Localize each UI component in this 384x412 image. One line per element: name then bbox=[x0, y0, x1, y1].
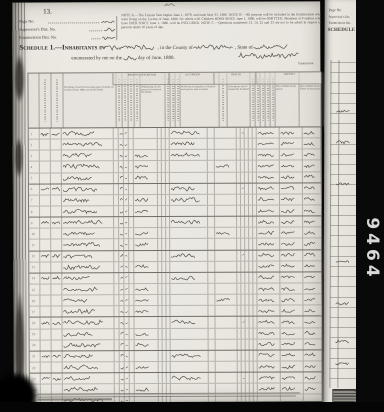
cell-row-number: 10 bbox=[29, 229, 39, 239]
table-header: The Name of each Person whose place of a… bbox=[28, 72, 320, 128]
next-table-line bbox=[330, 246, 357, 247]
cell-row-number: 8 bbox=[29, 207, 39, 217]
cell-relationship bbox=[134, 373, 158, 383]
column-header-vertical-label bbox=[223, 79, 224, 121]
row-number: 7 bbox=[31, 199, 33, 203]
cell-birthplace-father bbox=[279, 306, 302, 316]
cell-family-number bbox=[51, 329, 62, 339]
fill-line bbox=[90, 29, 103, 31]
cell-birthplace-self bbox=[256, 128, 279, 138]
column-header-vertical-label bbox=[262, 79, 263, 121]
cell-birthplace-father bbox=[279, 272, 302, 282]
next-table-line bbox=[330, 348, 357, 349]
cell-sickness bbox=[214, 161, 236, 171]
cell-relationship bbox=[133, 306, 157, 316]
next-page-handwriting bbox=[336, 181, 350, 186]
cell-row-number: 19 bbox=[30, 329, 40, 339]
next-table-line bbox=[330, 62, 357, 63]
cell-sickness bbox=[215, 362, 237, 372]
cell-family-number bbox=[50, 173, 61, 183]
cell bbox=[207, 228, 214, 238]
next-page-handwriting bbox=[336, 301, 350, 306]
cell-occupation bbox=[169, 150, 207, 160]
cell-birthplace-father bbox=[279, 261, 302, 271]
cell-sickness bbox=[215, 351, 237, 361]
cell-dwelling-number bbox=[39, 251, 50, 261]
cell-birthplace-self bbox=[256, 183, 279, 193]
cell-occupation bbox=[169, 262, 207, 272]
cell-occupation bbox=[169, 228, 207, 238]
cell bbox=[207, 128, 214, 138]
cell-sickness bbox=[215, 328, 237, 338]
next-table-line bbox=[330, 174, 357, 175]
cell-birthplace-mother bbox=[302, 161, 321, 171]
cell-row-number: 7 bbox=[29, 195, 39, 205]
cell-name bbox=[62, 318, 114, 328]
cell-dwelling-number bbox=[40, 362, 51, 372]
cell-dwelling-number bbox=[39, 206, 50, 216]
row-number: 2 bbox=[30, 143, 32, 147]
column-header-vertical-label bbox=[131, 79, 132, 121]
census-page: 13. Page No. Supervisor's Dist. No. Enum… bbox=[12, 1, 322, 402]
cell-relationship bbox=[134, 340, 158, 350]
cell-birthplace-self bbox=[257, 339, 280, 349]
cell-relationship bbox=[133, 161, 157, 171]
cell-birthplace-father bbox=[280, 339, 303, 349]
row-number: 13 bbox=[32, 265, 35, 269]
cell-sickness bbox=[214, 284, 236, 294]
cell-sickness bbox=[214, 250, 236, 260]
column-header-vertical-label bbox=[44, 80, 45, 122]
cell-family-number bbox=[50, 218, 61, 228]
row-number: 20 bbox=[32, 343, 35, 347]
cell-occupation bbox=[169, 172, 207, 182]
cell-birthplace-self bbox=[257, 350, 280, 360]
column-header-vertical-label bbox=[137, 79, 138, 121]
cell-occupation bbox=[169, 273, 207, 283]
row-number: 1 bbox=[30, 132, 32, 136]
cell-occupation bbox=[169, 284, 207, 294]
cell-sickness bbox=[214, 228, 236, 238]
county-handwriting bbox=[194, 44, 234, 51]
column-header-vertical-label bbox=[257, 79, 258, 121]
cell-sickness bbox=[214, 306, 236, 316]
cell-name bbox=[62, 373, 114, 383]
cell-relationship bbox=[133, 228, 157, 238]
cell-family-number bbox=[50, 240, 61, 250]
cell-row-number: 16 bbox=[29, 296, 39, 306]
next-table-line bbox=[330, 133, 357, 134]
cell-dwelling-number bbox=[40, 351, 51, 361]
cell-family-number bbox=[50, 151, 61, 161]
cell-birthplace-father bbox=[279, 172, 302, 182]
cell-relationship bbox=[133, 195, 157, 205]
cell bbox=[207, 217, 214, 227]
cell-birthplace-father bbox=[280, 350, 303, 360]
cell-birthplace-father bbox=[280, 361, 303, 371]
cell-birthplace-self bbox=[257, 361, 280, 371]
cell-family-number bbox=[50, 229, 61, 239]
cell-birthplace-mother bbox=[302, 228, 321, 238]
row-number: 12 bbox=[32, 254, 35, 258]
cell-birthplace-father bbox=[279, 250, 302, 260]
next-table-line bbox=[329, 60, 331, 388]
cell-occupation bbox=[169, 250, 207, 260]
cell-birthplace-self bbox=[256, 161, 279, 171]
column-header-vertical-label bbox=[272, 79, 273, 121]
form-stamp bbox=[164, 3, 176, 7]
cell-dwelling-number bbox=[39, 184, 50, 194]
cell-birthplace-mother bbox=[302, 183, 321, 193]
cell-name bbox=[61, 217, 113, 227]
cell bbox=[207, 161, 214, 171]
cell-birthplace-self bbox=[257, 328, 280, 338]
header-divider bbox=[116, 16, 117, 40]
place-handwriting bbox=[105, 44, 157, 51]
next-page-handwriting bbox=[336, 109, 350, 114]
cell-row-number: 15 bbox=[29, 285, 39, 295]
cell-birthplace-self bbox=[256, 194, 279, 204]
cell-birthplace-mother bbox=[302, 239, 321, 249]
cell-family-number bbox=[51, 318, 62, 328]
cell-birthplace-self bbox=[256, 139, 279, 149]
cell-family-number bbox=[50, 206, 61, 216]
cell-dwelling-number bbox=[39, 296, 50, 306]
cell-birthplace-father bbox=[279, 239, 302, 249]
cell bbox=[208, 362, 215, 372]
cell-dwelling-number bbox=[39, 229, 50, 239]
next-table-line bbox=[330, 195, 357, 196]
next-table-line bbox=[329, 358, 356, 359]
cell-row-number: 3 bbox=[29, 151, 39, 161]
next-table-line bbox=[330, 103, 357, 104]
cell-dwelling-number bbox=[39, 173, 50, 183]
adjacent-page-strip: Page No. Supervisor's Dis Enumeration Di… bbox=[323, 0, 357, 412]
cell-row-number: 9 bbox=[29, 218, 39, 228]
cell-row-number: 6 bbox=[29, 184, 39, 194]
day-label: day of June, 1880. bbox=[138, 56, 175, 61]
enumeration-line: enumerated by me on the day of June, 188… bbox=[70, 55, 175, 61]
cell-occupation bbox=[169, 295, 207, 305]
next-page-handwriting bbox=[336, 339, 350, 344]
cell bbox=[207, 239, 214, 249]
cell-occupation bbox=[169, 306, 207, 316]
cell-birthplace-mother bbox=[302, 250, 321, 260]
cell-relationship bbox=[133, 150, 157, 160]
cell-birthplace-mother bbox=[302, 261, 321, 271]
cell bbox=[208, 339, 215, 349]
cell-relationship bbox=[133, 139, 157, 149]
microfilm-scan: 13. Page No. Supervisor's Dist. No. Enum… bbox=[0, 0, 384, 412]
column-header bbox=[50, 73, 62, 127]
column-header-vertical-label bbox=[252, 79, 253, 121]
enumeration-dist-label: Enumeration Dist. No. bbox=[19, 35, 57, 40]
cell-birthplace-mother bbox=[302, 205, 321, 215]
next-table-line bbox=[330, 327, 357, 328]
cell-relationship bbox=[133, 273, 157, 283]
cell-dwelling-number bbox=[39, 140, 50, 150]
cell bbox=[208, 317, 215, 327]
cell-occupation bbox=[170, 328, 208, 338]
cell-birthplace-mother bbox=[302, 138, 321, 148]
enumerator-signature bbox=[238, 51, 300, 59]
next-table-line bbox=[330, 93, 357, 94]
fill-line bbox=[49, 21, 100, 23]
cell bbox=[207, 295, 214, 305]
column-header-label: The Name of each Person whose place of a… bbox=[63, 85, 115, 92]
cell-family-number bbox=[50, 307, 61, 317]
cell-family-number bbox=[50, 262, 61, 272]
cell-birthplace-mother bbox=[303, 339, 322, 349]
row-number: 16 bbox=[32, 299, 35, 303]
cell-family-number bbox=[51, 362, 62, 372]
cell-occupation bbox=[169, 206, 207, 216]
cell-sickness bbox=[215, 317, 237, 327]
next-table-line bbox=[330, 235, 357, 236]
cell-relationship bbox=[133, 239, 157, 249]
cell-sickness bbox=[214, 239, 236, 249]
cell-row-number: 11 bbox=[29, 240, 39, 250]
cell-occupation bbox=[170, 351, 208, 361]
cell-birthplace-father bbox=[279, 161, 302, 171]
column-group-label: NATIVITY bbox=[256, 72, 321, 76]
row-number: 19 bbox=[32, 332, 35, 336]
cell-dwelling-number bbox=[39, 151, 50, 161]
cell-birthplace-mother bbox=[303, 328, 322, 338]
cell bbox=[207, 261, 214, 271]
cell-sickness bbox=[214, 128, 236, 138]
column-group-label: OCCUPATION bbox=[169, 73, 214, 76]
cell-dwelling-number bbox=[39, 218, 50, 228]
cell-sickness bbox=[214, 217, 236, 227]
cell bbox=[208, 328, 215, 338]
cell-relationship bbox=[134, 362, 158, 372]
scan-smudge bbox=[14, 55, 24, 103]
row-number: 22 bbox=[32, 366, 35, 370]
row-number: 14 bbox=[32, 277, 35, 281]
cell bbox=[207, 139, 214, 149]
next-table-line bbox=[330, 82, 357, 83]
cell-name bbox=[61, 139, 113, 149]
cell-relationship bbox=[133, 251, 157, 261]
column-header-vertical-label bbox=[172, 79, 173, 121]
cell bbox=[207, 206, 214, 216]
page-no-label: Page No. bbox=[19, 19, 34, 24]
state-handwriting bbox=[254, 43, 288, 50]
schedule-label: Schedule 1.—Inhabitants in bbox=[19, 43, 104, 51]
column-header-label: Profession, Occupation, or Trade of each… bbox=[180, 85, 218, 91]
cell-occupation bbox=[170, 317, 208, 327]
cell-row-number: 1 bbox=[29, 129, 39, 139]
cell-birthplace-mother bbox=[303, 384, 322, 394]
cell bbox=[207, 172, 214, 182]
cell-family-number bbox=[51, 351, 62, 361]
page-corner-number: 13. bbox=[43, 8, 52, 16]
row-number: 9 bbox=[31, 221, 33, 225]
cell-name bbox=[61, 306, 113, 316]
cell-name bbox=[62, 340, 114, 350]
next-table-line bbox=[330, 205, 357, 206]
cell-row-number: 14 bbox=[29, 273, 39, 283]
cell-sickness bbox=[214, 139, 236, 149]
footnote-lines bbox=[38, 392, 302, 401]
cell-name bbox=[61, 284, 113, 294]
cell-name bbox=[62, 329, 114, 339]
scan-smudge bbox=[15, 138, 23, 178]
cell-row-number: 12 bbox=[29, 251, 39, 261]
enumerated-label: enumerated by me on the bbox=[71, 56, 122, 61]
column-header-vertical-label bbox=[119, 79, 120, 121]
header-district-block: Page No. Supervisor's Dist. No. Enumerat… bbox=[19, 17, 115, 41]
row-number: 18 bbox=[32, 321, 35, 325]
cell-row-number: 18 bbox=[30, 318, 40, 328]
column-group-label: PERSONAL DESCRIPTION bbox=[113, 73, 169, 77]
scan-bottom-bar bbox=[0, 402, 384, 412]
cell-dwelling-number bbox=[40, 329, 51, 339]
cell-dwelling-number bbox=[39, 262, 50, 272]
cell-birthplace-father bbox=[279, 228, 302, 238]
column-header bbox=[38, 74, 50, 128]
cell-name bbox=[61, 195, 113, 205]
cell-relationship bbox=[134, 317, 158, 327]
cell-family-number bbox=[50, 273, 61, 283]
cell-birthplace-self bbox=[256, 205, 279, 215]
cell-dwelling-number bbox=[39, 307, 50, 317]
column-header-label: Relationship of each person to the head … bbox=[140, 85, 164, 94]
cell-dwelling-number bbox=[39, 195, 50, 205]
cell-occupation bbox=[169, 195, 207, 205]
cell-birthplace-self bbox=[256, 272, 279, 282]
cell-dwelling-number bbox=[39, 162, 50, 172]
cell-family-number bbox=[51, 340, 62, 350]
column-header-label: Place of Birth of the Father of this per… bbox=[299, 84, 322, 90]
film-strip-number: 9464 bbox=[361, 211, 383, 287]
next-supervisor-label: Supervisor's Dis bbox=[329, 15, 350, 19]
cell-relationship bbox=[133, 262, 157, 272]
next-table-line bbox=[330, 256, 357, 257]
cell-birthplace-self bbox=[256, 217, 279, 227]
cell-relationship bbox=[133, 217, 157, 227]
cell-name bbox=[61, 295, 113, 305]
cell-birthplace-father bbox=[280, 373, 303, 383]
cell bbox=[207, 195, 214, 205]
cell-dwelling-number bbox=[39, 284, 50, 294]
cell-birthplace-self bbox=[257, 317, 280, 327]
cell-birthplace-mother bbox=[302, 172, 321, 182]
cell-birthplace-self bbox=[256, 295, 279, 305]
cell-row-number: 4 bbox=[29, 162, 39, 172]
next-table-line bbox=[330, 307, 357, 308]
cell-name bbox=[61, 173, 113, 183]
cell-sickness bbox=[214, 195, 236, 205]
cell-birthplace-father bbox=[280, 317, 303, 327]
cell-birthplace-father bbox=[279, 283, 302, 293]
cell-dwelling-number bbox=[39, 129, 50, 139]
enumeration-dist-handwriting bbox=[102, 35, 115, 40]
cell-name bbox=[62, 362, 114, 372]
cell-sickness bbox=[214, 295, 236, 305]
cell-row-number: 13 bbox=[29, 262, 39, 272]
census-table: The Name of each Person whose place of a… bbox=[27, 71, 323, 412]
next-table-line bbox=[330, 286, 357, 287]
cell-sickness bbox=[215, 373, 237, 383]
cell-row-number: 21 bbox=[30, 351, 40, 361]
next-table-line bbox=[330, 164, 357, 165]
row-number: 17 bbox=[32, 310, 35, 314]
cell-name bbox=[61, 151, 113, 161]
row-number: 3 bbox=[30, 154, 32, 158]
cell-birthplace-mother bbox=[302, 150, 321, 160]
cell-family-number bbox=[50, 128, 61, 138]
column-header bbox=[28, 74, 38, 128]
next-page-handwriting bbox=[336, 259, 350, 264]
row-number: 6 bbox=[31, 187, 33, 191]
cell-occupation bbox=[169, 239, 207, 249]
cell-name bbox=[61, 229, 113, 239]
column-header-label: Is the person sick or temporarily disabl… bbox=[227, 85, 249, 91]
cell bbox=[207, 183, 214, 193]
column-group-label: HEALTH bbox=[214, 73, 256, 76]
cell-name bbox=[61, 240, 113, 250]
cell bbox=[207, 284, 214, 294]
cell-birthplace-mother bbox=[302, 194, 321, 204]
cell-family-number bbox=[50, 184, 61, 194]
cell-sickness bbox=[214, 172, 236, 182]
page-no-handwriting bbox=[101, 19, 115, 24]
cell-row-number: 5 bbox=[29, 173, 39, 183]
cell-name bbox=[61, 251, 113, 261]
cell-relationship bbox=[134, 329, 158, 339]
cell-row-number: 17 bbox=[29, 307, 39, 317]
cell bbox=[208, 351, 215, 361]
cell-dwelling-number bbox=[40, 374, 51, 384]
cell-sickness bbox=[214, 183, 236, 193]
column-group-header: OCCUPATION bbox=[168, 73, 214, 85]
cell-relationship bbox=[133, 173, 157, 183]
cell-relationship bbox=[133, 128, 157, 138]
cell-birthplace-mother bbox=[302, 283, 321, 293]
day-handwriting bbox=[123, 55, 137, 61]
cell-row-number: 2 bbox=[29, 140, 39, 150]
cell-name bbox=[62, 351, 114, 361]
cell-birthplace-mother bbox=[303, 361, 322, 371]
next-enumeration-label: Enumeration Dis bbox=[329, 21, 351, 25]
cell-dwelling-number bbox=[39, 240, 50, 250]
row-number: 15 bbox=[32, 288, 35, 292]
column-header-vertical-label bbox=[267, 79, 268, 121]
cell-birthplace-self bbox=[256, 228, 279, 238]
cell-birthplace-self bbox=[257, 373, 280, 383]
cell-birthplace-father bbox=[279, 150, 302, 160]
cell-birthplace-mother bbox=[303, 372, 322, 382]
next-page-handwriting bbox=[336, 140, 350, 145]
cell-birthplace-father bbox=[280, 328, 303, 338]
next-table-line bbox=[330, 72, 357, 73]
column-group-header: PERSONAL DESCRIPTION bbox=[112, 73, 169, 85]
cell-birthplace-father bbox=[279, 127, 302, 137]
next-table-line bbox=[329, 378, 356, 379]
cell-birthplace-mother bbox=[302, 127, 321, 137]
cell-birthplace-self bbox=[256, 150, 279, 160]
cell-birthplace-self bbox=[256, 172, 279, 182]
county-label: , in the County of bbox=[158, 46, 193, 51]
next-table-line bbox=[330, 225, 357, 226]
schedule-title-line: Schedule 1.—Inhabitants in , in the Coun… bbox=[19, 42, 317, 51]
cell-relationship bbox=[134, 351, 158, 361]
cell-name bbox=[61, 262, 113, 272]
next-table-line bbox=[330, 317, 357, 318]
cell-birthplace-mother bbox=[303, 317, 322, 327]
